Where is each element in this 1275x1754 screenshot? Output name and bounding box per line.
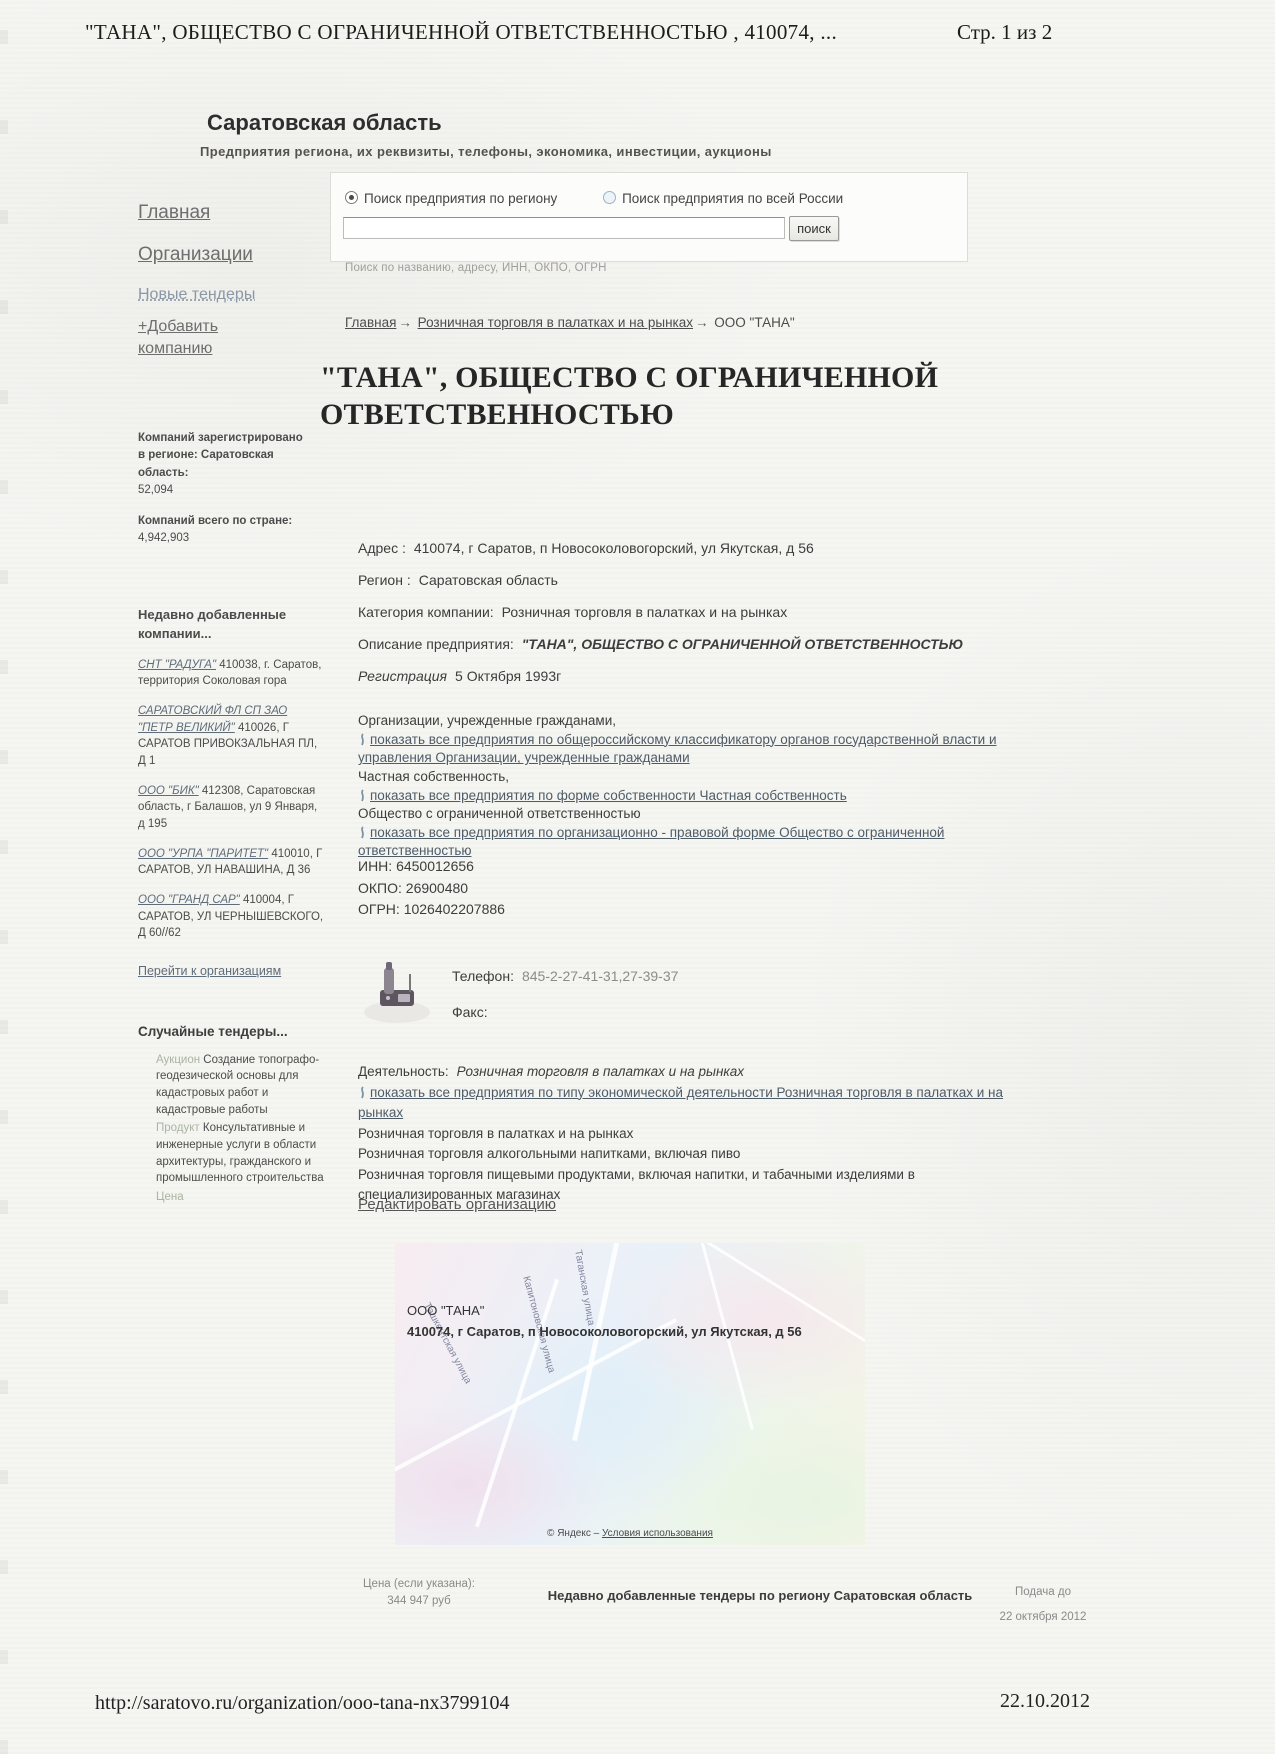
region-label: Регион : [358,572,411,588]
region-value: Саратовская область [419,572,558,588]
okpo-value: 26900480 [406,880,468,896]
map-copyright: © Яндекс – Условия использования [395,1528,865,1539]
search-hint: Поиск по названию, адресу, ИНН, ОКПО, ОГ… [345,262,607,274]
show-all-icon [358,1085,367,1098]
show-all-by-legal-form-link[interactable]: показать все предприятия по организацион… [358,825,944,859]
activity-link-row: показать все предприятия по типу экономи… [358,1083,1014,1124]
activity-label: Деятельность: [358,1064,449,1079]
ogrn-value: 1026402207886 [404,901,505,917]
scan-edge-artifact [0,0,8,1754]
sidebar-item-add-company[interactable]: +Добавить компанию [138,316,258,359]
activity-line: Розничная торговля алкогольными напиткам… [358,1144,1014,1165]
classifier-link-row: показать все предприятия по общероссийск… [358,731,1006,768]
company-link[interactable]: ООО "ГРАНД САР" [138,894,240,906]
yandex-copyright: © Яндекс – [547,1528,602,1539]
tender-price: Цена (если указана): 344 947 руб [356,1576,482,1611]
fax-label: Факс: [452,1004,488,1020]
tender-item: Продукт Консультативные и инженерные усл… [156,1120,334,1187]
classifier-link-row: показать все предприятия по форме собств… [358,787,1006,806]
tender-due-label: Подача до [968,1580,1118,1605]
edit-organization-link[interactable]: Редактировать организацию [358,1196,556,1213]
breadcrumb-category-link[interactable]: Розничная торговля в палатках и на рынка… [418,315,693,330]
recent-companies-header: Недавно добавленные компании... [138,606,324,644]
breadcrumb-arrow: → [398,315,412,330]
breadcrumb-home-link[interactable]: Главная [345,315,396,330]
activity-line: Розничная торговля в палатках и на рынка… [358,1124,1014,1145]
show-all-icon [358,733,367,746]
company-details: Адрес :410074, г Саратов, п Новосоколово… [358,540,998,700]
sidebar-item-organizations[interactable]: Организации [138,244,253,266]
radio-search-by-region[interactable] [345,191,358,204]
classifier-name: Частная собственность, [358,768,1006,787]
print-footer-url: http://saratovo.ru/organization/ooo-tana… [95,1692,510,1715]
show-all-icon [358,826,367,839]
contact-block: Телефон:845-2-27-41-31,27-39-37 Факс: [360,952,880,1042]
tender-tag: Продукт [156,1122,200,1134]
breadcrumb-arrow: → [695,315,709,330]
registration-value: 5 Октября 1993г [455,668,561,684]
company-link[interactable]: ООО "БИК" [138,785,199,797]
tender-due: Подача до 22 октября 2012 [968,1580,1118,1631]
show-all-by-activity-link[interactable]: показать все предприятия по типу экономи… [358,1085,1003,1121]
breadcrumb-current: ООО "ТАНА" [714,315,794,330]
stat-region-label: Компаний зарегистрировано в регионе: Сар… [138,430,310,482]
list-item: САРАТОВСКИЙ ФЛ СП ЗАО "ПЕТР ВЕЛИКИЙ" 410… [138,703,324,770]
search-input[interactable] [343,217,785,239]
radio-search-all-russia-label: Поиск предприятия по всей России [622,191,843,206]
page-title: "ТАНА", ОБЩЕСТВО С ОГРАНИЧЕННОЙ ОТВЕТСТВ… [320,360,970,433]
ogrn-label: ОГРН: [358,901,400,917]
goto-organizations-link[interactable]: Перейти к организациям [138,962,324,980]
company-link[interactable]: ООО "УРПА "ПАРИТЕТ" [138,848,268,860]
search-panel: Поиск предприятия по региону Поиск предп… [330,172,968,262]
tender-item: Цена [156,1189,334,1206]
list-item: ООО "ГРАНД САР" 410004, Г САРАТОВ, УЛ ЧЕ… [138,892,324,942]
company-link[interactable]: СНТ "РАДУГА" [138,659,216,671]
random-tenders: Случайные тендеры... Аукцион Создание то… [138,1022,334,1208]
random-tenders-header: Случайные тендеры... [138,1022,334,1042]
description-value: "ТАНА", ОБЩЕСТВО С ОГРАНИЧЕННОЙ ОТВЕТСТВ… [522,636,963,652]
map-callout: ООО "ТАНА" 410074, г Саратов, п Новосоко… [407,1301,802,1343]
phone-label: Телефон: [452,968,514,984]
site-tagline: Предприятия региона, их реквизиты, телеф… [200,144,772,159]
map-callout-name: ООО "ТАНА" [407,1301,802,1322]
inn-label: ИНН: [358,858,392,874]
map-terms-link[interactable]: Условия использования [602,1528,713,1539]
show-all-by-ownership-link[interactable]: показать все предприятия по форме собств… [370,788,847,803]
registration-codes: ИНН: 6450012656 ОКПО: 26900480 ОГРН: 102… [358,856,505,921]
tender-tag: Аукцион [156,1054,200,1066]
phone-icon [360,954,434,1031]
list-item: ООО "УРПА "ПАРИТЕТ" 410010, Г САРАТОВ, У… [138,846,324,879]
tender-tag: Цена [156,1191,184,1203]
radio-search-all-russia[interactable] [603,191,616,204]
activity-block: Деятельность:Розничная торговля в палатк… [358,1062,1014,1206]
description-label: Описание предприятия: [358,636,514,652]
print-footer-date: 22.10.2012 [1000,1690,1090,1713]
address-label: Адрес : [358,540,406,556]
stat-country-value: 4,942,903 [138,530,310,547]
list-item: СНТ "РАДУГА" 410038, г. Саратов, террито… [138,657,324,690]
address-value: 410074, г Саратов, п Новосоколовогорский… [414,540,814,556]
tender-price-value: 344 947 руб [356,1593,482,1610]
print-header-page-number: Стр. 1 из 2 [957,20,1052,45]
tender-item: Аукцион Создание топографо-геодезической… [156,1052,334,1119]
tender-due-value: 22 октября 2012 [968,1605,1118,1630]
breadcrumb: Главная→ Розничная торговля в палатках и… [345,315,795,330]
registration-label: Регистрация [358,668,447,684]
sidebar-item-home[interactable]: Главная [138,202,210,224]
site-logo-title[interactable]: Саратовская область [207,110,442,136]
show-all-icon [358,789,367,802]
stat-country-label: Компаний всего по стране: [138,513,310,530]
map[interactable]: Таганская улица Капитоновская улица Ташк… [395,1243,865,1545]
classifier-name: Организации, учрежденные гражданами, [358,712,1006,731]
category-label: Категория компании: [358,604,494,620]
phone-value: 845-2-27-41-31,27-39-37 [522,968,678,984]
tender-strip-title: Недавно добавленные тендеры по региону С… [520,1588,1000,1603]
recent-companies: Недавно добавленные компании... СНТ "РАД… [138,606,324,980]
stat-region-value: 52,094 [138,482,310,499]
category-value: Розничная торговля в палатках и на рынка… [502,604,788,620]
okpo-label: ОКПО: [358,880,402,896]
classifier-block: Организации, учрежденные гражданами, пок… [358,712,1006,861]
inn-value: 6450012656 [396,858,474,874]
radio-search-by-region-label: Поиск предприятия по региону [364,191,557,206]
tender-price-label: Цена (если указана): [356,1576,482,1593]
search-button[interactable]: поиск [789,216,839,241]
sidebar-item-new-tenders[interactable]: Новые тендеры [138,286,255,304]
activity-value: Розничная торговля в палатках и на рынка… [457,1064,744,1079]
print-header-title: "ТАНА", ОБЩЕСТВО С ОГРАНИЧЕННОЙ ОТВЕТСТВ… [85,20,837,45]
list-item: ООО "БИК" 412308, Саратовская область, г… [138,783,324,833]
show-all-by-okogu-link[interactable]: показать все предприятия по общероссийск… [358,732,997,766]
sidebar-stats: Компаний зарегистрировано в регионе: Сар… [138,430,310,548]
map-callout-address: 410074, г Саратов, п Новосоколовогорский… [407,1322,802,1343]
classifier-name: Общество с ограниченной ответственностью [358,805,1006,824]
